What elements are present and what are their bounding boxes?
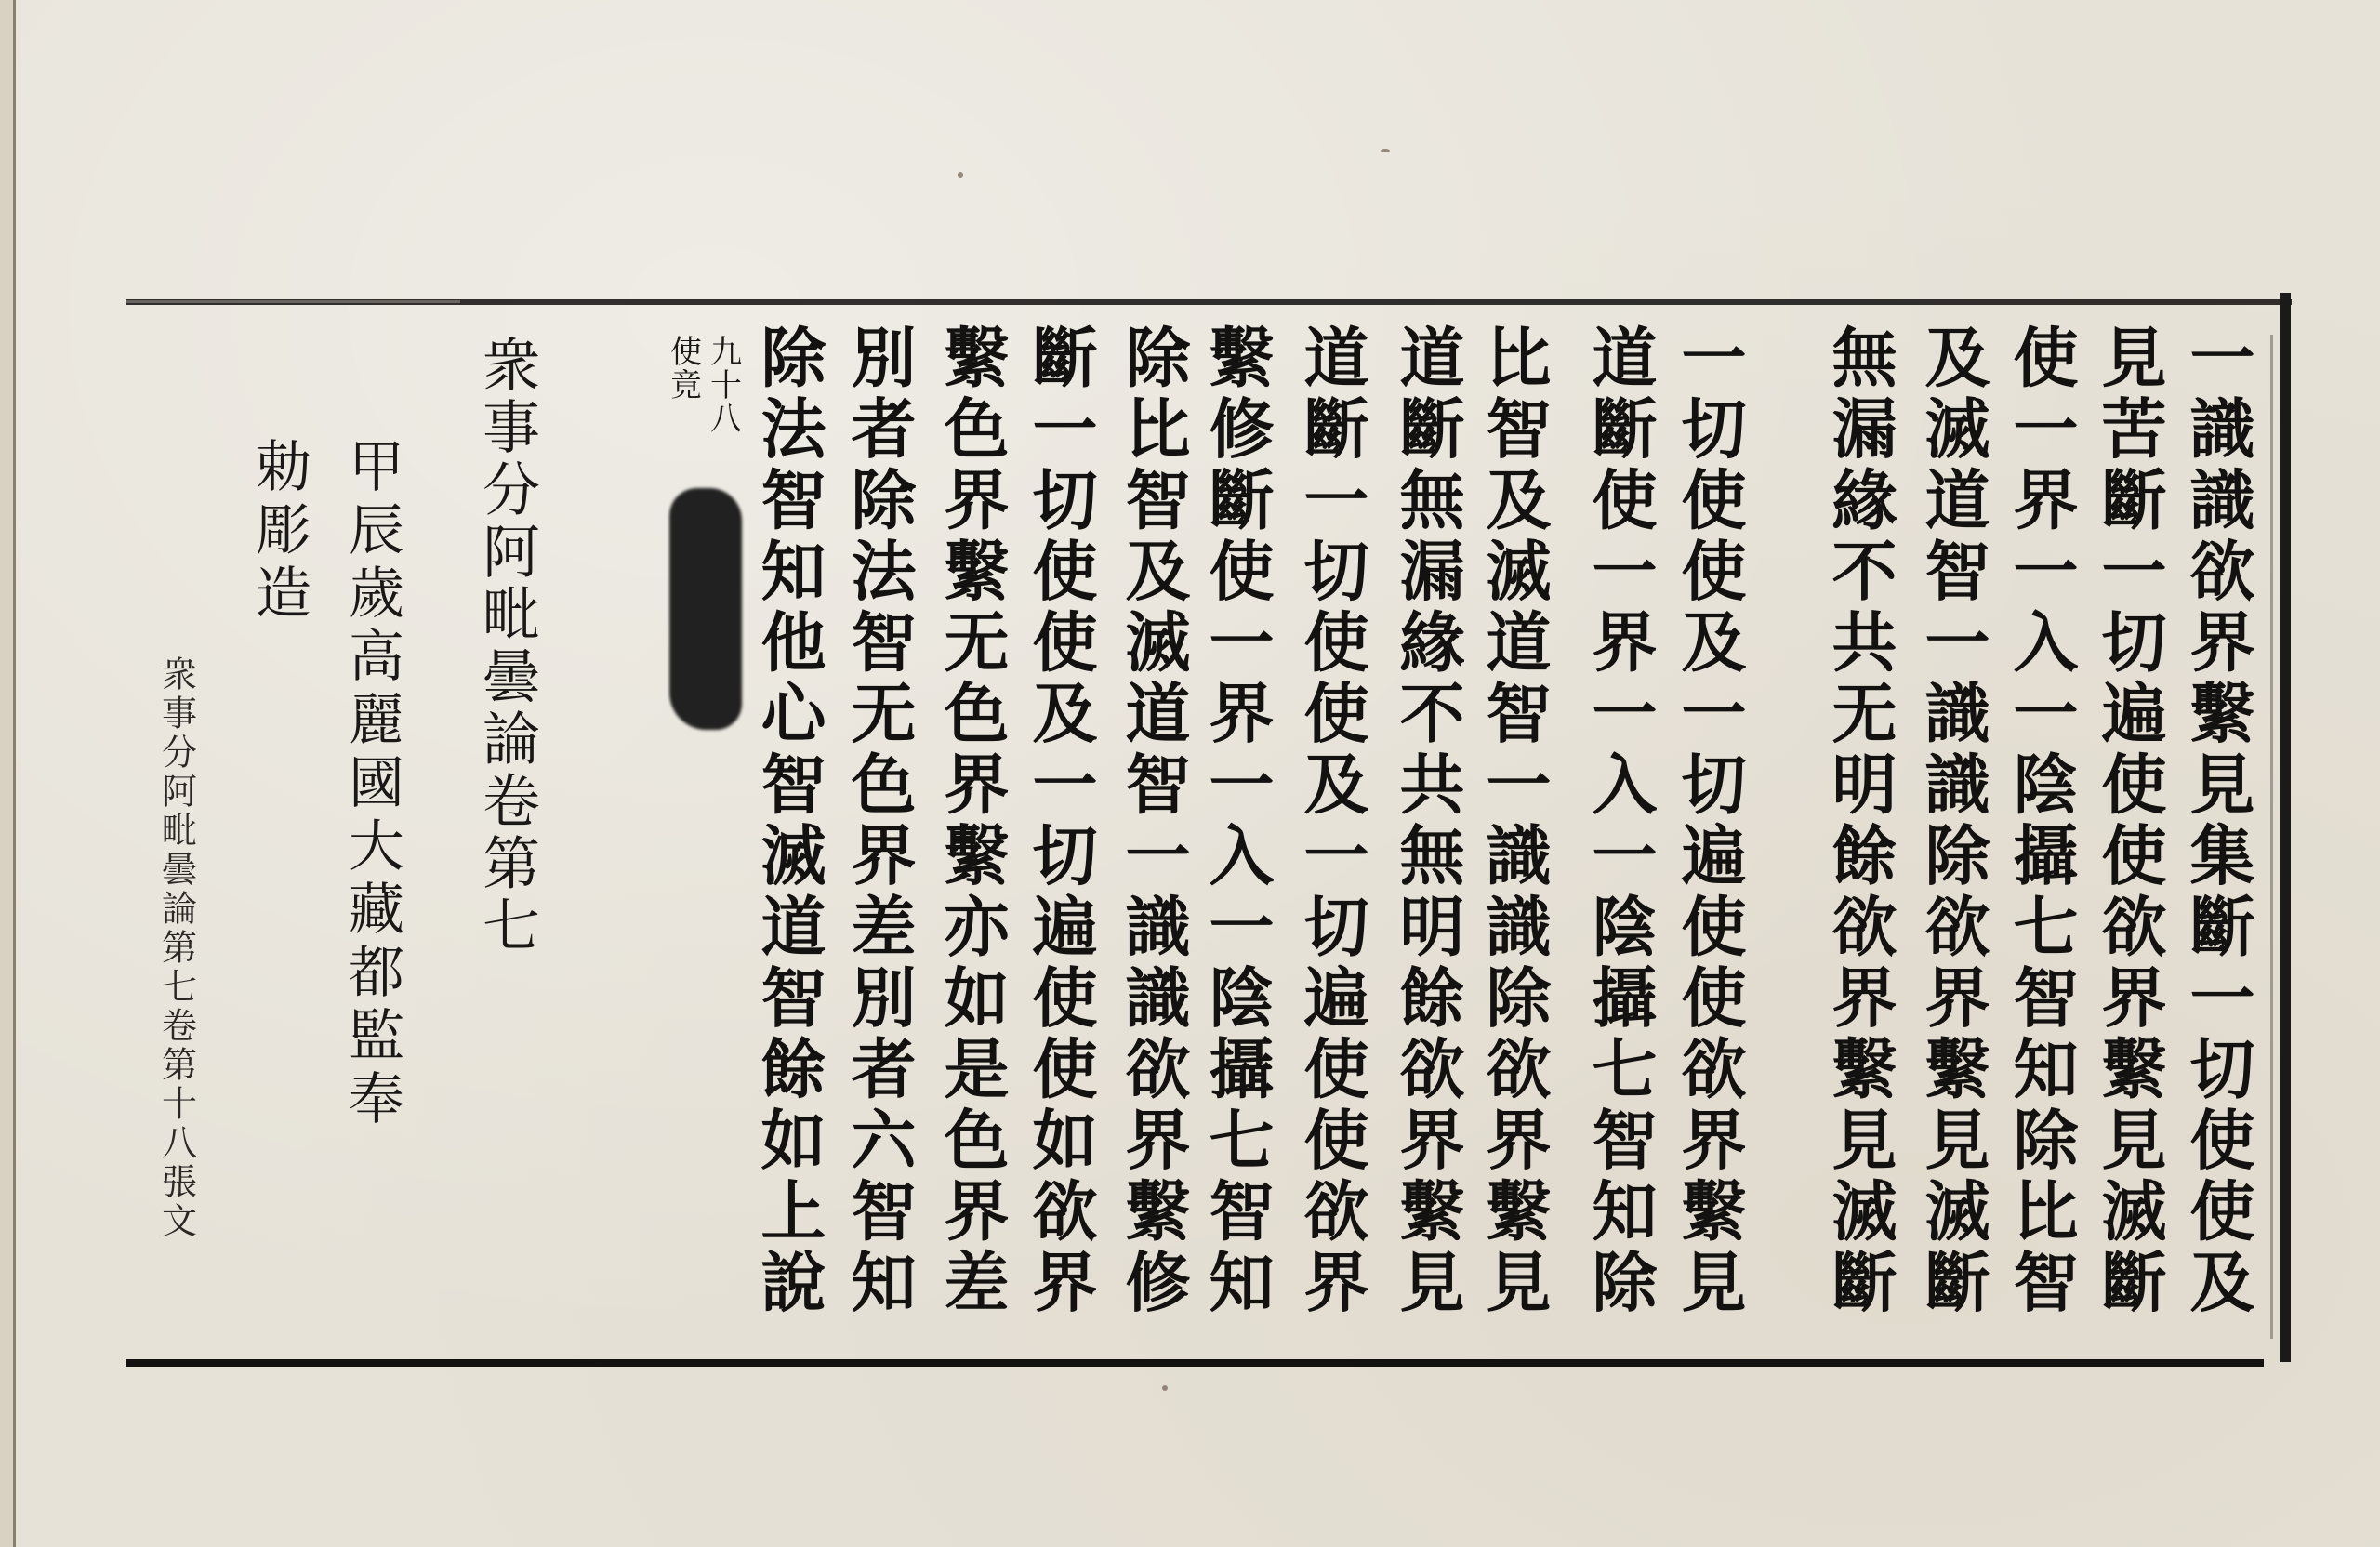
text-column-9: 道斷無漏緣不共無明餘欲界繫見 — [1395, 324, 1460, 1319]
text-column-11: 繫修斷使一界一入一陰攝七智知 — [1204, 324, 1269, 1319]
text-column-7: 道斷使一界一入一陰攝七智知除 — [1587, 324, 1652, 1319]
text-column-15: 別者除法智无色界差別者六智知 — [846, 324, 911, 1319]
colophon-line-1: 甲辰歲高麗國大藏都監奉 — [332, 437, 412, 1132]
text-column-6: 一切使使及一切遍使使欲界繫見 — [1676, 324, 1741, 1319]
text-column-5: 無漏緣不共无明餘欲界繫見滅斷 — [1827, 324, 1892, 1319]
volume-title: 衆事分阿毗曇論卷第七 — [466, 335, 549, 958]
colophon-line-2: 勅彫造 — [239, 437, 319, 627]
text-column-1: 一識識欲界繫見集斷一切使使及 — [2185, 324, 2250, 1319]
text-column-2: 見苦斷一切遍使使欲界繫見滅斷 — [2096, 324, 2162, 1319]
text-column-8: 比智及滅道智一識識除欲界繫見 — [1481, 324, 1546, 1319]
frame-right-border — [2280, 293, 2291, 1362]
frame-top-border-faint — [126, 300, 460, 303]
paper-spot — [1162, 1385, 1168, 1391]
scanned-page: 一識識欲界繫見集斷一切使使及 見苦斷一切遍使使欲界繫見滅斷 使一界一入一陰攝七智… — [0, 0, 2380, 1547]
binding-edge — [0, 0, 16, 1547]
section-end-note-right: 九十八 — [701, 335, 747, 435]
text-column-3: 使一界一入一陰攝七智知除比智 — [2008, 324, 2073, 1319]
paper-spot — [958, 172, 963, 178]
text-column-4: 及滅道智一識識除欲界繫見滅斷 — [1920, 324, 1985, 1319]
text-column-14: 繫色界繫无色界繫亦如是色界差 — [939, 324, 1004, 1319]
frame-bottom-border — [126, 1359, 2264, 1367]
text-column-10: 道斷一切使使及一切遍使使欲界 — [1299, 324, 1364, 1319]
text-column-13: 斷一切使使及一切遍使使如欲界 — [1027, 324, 1092, 1319]
section-end-note-left: 使竟 — [661, 335, 707, 402]
frame-right-inner-line — [2270, 335, 2273, 1339]
ink-smudge — [669, 488, 742, 730]
text-column-12: 除比智及滅道智一識識欲界繫修 — [1120, 324, 1185, 1319]
paper-spot — [1381, 149, 1390, 152]
text-column-16: 除法智知他心智滅道智餘如上說 — [756, 324, 821, 1319]
margin-page-note: 衆事分阿毗曇論第七卷第十八張文 — [152, 655, 203, 1241]
